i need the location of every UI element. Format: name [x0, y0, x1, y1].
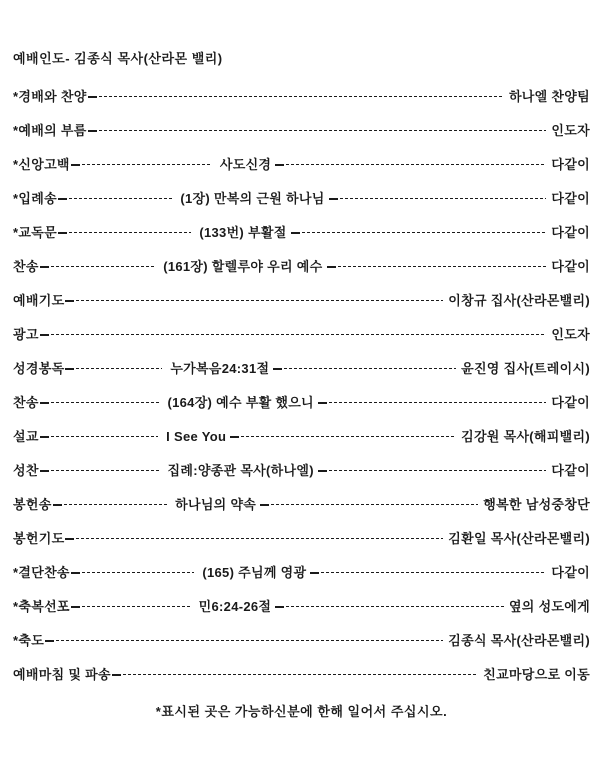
service-item-row: 성경봉독 누가복음24:31절 윤진영 집사(트레이시): [13, 361, 590, 375]
dash-leader: [112, 668, 478, 681]
dash-leader: [329, 192, 547, 205]
service-item-row: 찬송 (164장) 예수 부활 했으니 다같이: [13, 395, 590, 409]
item-person: 다같이: [551, 464, 590, 477]
service-item-row: *신앙고백 사도신경 다같이: [13, 157, 590, 171]
em-dash: [65, 300, 74, 302]
em-dash: [71, 164, 80, 166]
item-detail: (165) 주님께 영광: [202, 566, 306, 579]
item-title: 찬송: [13, 260, 39, 273]
item-detail: I See You: [166, 430, 226, 443]
service-item-row: *결단찬송 (165) 주님께 영광 다같이: [13, 565, 590, 579]
em-dash: [329, 198, 338, 200]
em-dash: [40, 334, 49, 336]
dotted-leader: [56, 640, 443, 642]
item-detail: (164장) 예수 부활 했으니: [167, 396, 313, 409]
item-person: 김강원 목사(해피밸리): [461, 430, 590, 443]
dotted-leader: [69, 198, 172, 200]
em-dash: [327, 266, 336, 268]
item-title: 예배마침 및 파송: [13, 668, 111, 681]
dash-leader: [88, 124, 547, 137]
item-title: *입례송: [13, 192, 57, 205]
item-person: 김환일 목사(산라몬밸리): [448, 532, 590, 545]
dotted-leader: [82, 164, 212, 166]
item-detail: (1장) 만복의 근원 하나님: [180, 192, 324, 205]
em-dash: [273, 368, 282, 370]
item-person: 다같이: [551, 158, 590, 171]
service-item-row: 찬송 (161장) 할렐루야 우리 예수 다같이: [13, 259, 590, 273]
item-title: *교독문: [13, 226, 57, 239]
em-dash: [65, 538, 74, 540]
dash-leader: [88, 90, 504, 103]
dotted-leader: [51, 402, 160, 404]
footnote: *표시된 곳은 가능하신분에 한해 일어서 주십시오.: [13, 701, 590, 720]
item-title: 봉헌송: [13, 498, 52, 511]
dash-leader: [45, 634, 443, 647]
dash-leader: [260, 498, 478, 511]
item-title: *축복선포: [13, 600, 70, 613]
em-dash: [88, 96, 97, 98]
dash-leader: [40, 430, 158, 443]
item-detail: 누가복음24:31절: [170, 362, 269, 375]
em-dash: [230, 436, 239, 438]
dotted-leader: [284, 368, 456, 370]
service-item-row: *경배와 찬양 하나엘 찬양팀: [13, 89, 590, 103]
worship-bulletin-page: 예배인도- 김종식 목사(산라몬 밸리) *경배와 찬양 하나엘 찬양팀 *예배…: [13, 48, 590, 720]
dotted-leader: [51, 266, 155, 268]
item-person: 인도자: [551, 328, 590, 341]
dash-leader: [58, 192, 172, 205]
dash-leader: [53, 498, 168, 511]
dotted-leader: [82, 572, 195, 574]
dotted-leader: [51, 470, 160, 472]
em-dash: [40, 402, 49, 404]
item-title: 성찬: [13, 464, 39, 477]
item-person: 인도자: [551, 124, 590, 137]
dash-leader: [71, 566, 195, 579]
dotted-leader: [82, 606, 191, 608]
em-dash: [88, 130, 97, 132]
service-item-row: *교독문 (133번) 부활절 다같이: [13, 225, 590, 239]
dash-leader: [71, 158, 212, 171]
dotted-leader: [123, 674, 478, 676]
dash-leader: [327, 260, 547, 273]
dotted-leader: [329, 402, 547, 404]
service-item-row: 봉헌송 하나님의 약속 행복한 남성중창단: [13, 497, 590, 511]
item-person: 다같이: [551, 226, 590, 239]
item-title: *경배와 찬양: [13, 90, 87, 103]
service-item-row: 예배마침 및 파송 친교마당으로 이동: [13, 667, 590, 681]
em-dash: [275, 164, 284, 166]
em-dash: [318, 470, 327, 472]
dash-leader: [273, 362, 456, 375]
item-person: 행복한 남성중창단: [483, 498, 590, 511]
em-dash: [40, 436, 49, 438]
dotted-leader: [51, 334, 547, 336]
item-title: *예배의 부름: [13, 124, 87, 137]
dotted-leader: [241, 436, 456, 438]
em-dash: [58, 198, 67, 200]
dash-leader: [310, 566, 546, 579]
service-item-row: *예배의 부름 인도자: [13, 123, 590, 137]
dash-leader: [275, 158, 546, 171]
em-dash: [58, 232, 67, 234]
service-item-row: *축도 김종식 목사(산라몬밸리): [13, 633, 590, 647]
item-title: 예배기도: [13, 294, 64, 307]
item-person: 하나엘 찬양팀: [509, 90, 590, 103]
dash-leader: [318, 396, 547, 409]
service-item-row: *축복선포 민6:24-26절 옆의 성도에게: [13, 599, 590, 613]
dash-leader: [65, 362, 162, 375]
dotted-leader: [69, 232, 191, 234]
item-title: *결단찬송: [13, 566, 70, 579]
em-dash: [318, 402, 327, 404]
item-title: 설교: [13, 430, 39, 443]
dash-leader: [291, 226, 547, 239]
item-person: 친교마당으로 이동: [483, 668, 590, 681]
item-detail: 민6:24-26절: [199, 600, 272, 613]
em-dash: [260, 504, 269, 506]
item-person: 이창규 집사(산라몬밸리): [448, 294, 590, 307]
item-title: 성경봉독: [13, 362, 64, 375]
em-dash: [53, 504, 62, 506]
item-person: 다같이: [551, 260, 590, 273]
dash-leader: [40, 464, 160, 477]
dotted-leader: [302, 232, 547, 234]
dotted-leader: [64, 504, 168, 506]
item-title: 찬송: [13, 396, 39, 409]
dash-leader: [275, 600, 504, 613]
item-person: 다같이: [551, 396, 590, 409]
dotted-leader: [286, 606, 504, 608]
item-title: *축도: [13, 634, 44, 647]
service-item-row: 광고 인도자: [13, 327, 590, 341]
em-dash: [71, 572, 80, 574]
dash-leader: [71, 600, 191, 613]
dash-leader: [65, 294, 443, 307]
dotted-leader: [76, 538, 443, 540]
item-title: *신앙고백: [13, 158, 70, 171]
em-dash: [291, 232, 300, 234]
item-title: 광고: [13, 328, 39, 341]
service-item-row: 성찬 집례:양종관 목사(하나엘) 다같이: [13, 463, 590, 477]
dotted-leader: [338, 266, 547, 268]
em-dash: [45, 640, 54, 642]
dotted-leader: [321, 572, 546, 574]
service-item-row: 봉헌기도 김환일 목사(산라몬밸리): [13, 531, 590, 545]
item-person: 옆의 성도에게: [509, 600, 590, 613]
item-title: 봉헌기도: [13, 532, 64, 545]
item-person: 다같이: [551, 566, 590, 579]
service-item-row: 설교 I See You 김강원 목사(해피밸리): [13, 429, 590, 443]
dotted-leader: [76, 368, 162, 370]
service-item-row: *입례송 (1장) 만복의 근원 하나님 다같이: [13, 191, 590, 205]
dash-leader: [58, 226, 191, 239]
dash-leader: [40, 396, 160, 409]
dash-leader: [65, 532, 443, 545]
service-item-row: 예배기도 이창규 집사(산라몬밸리): [13, 293, 590, 307]
item-detail: (133번) 부활절: [199, 226, 286, 239]
dotted-leader: [76, 300, 443, 302]
dotted-leader: [99, 96, 504, 98]
dotted-leader: [286, 164, 546, 166]
em-dash: [275, 606, 284, 608]
dash-leader: [40, 328, 547, 341]
em-dash: [310, 572, 319, 574]
dotted-leader: [340, 198, 547, 200]
dotted-leader: [51, 436, 158, 438]
em-dash: [40, 266, 49, 268]
item-detail: (161장) 할렐루야 우리 예수: [163, 260, 322, 273]
dotted-leader: [271, 504, 478, 506]
dash-leader: [318, 464, 547, 477]
service-order-list: *경배와 찬양 하나엘 찬양팀 *예배의 부름 인도자 *신앙고백 사도신경 다…: [13, 89, 590, 681]
item-person: 김종식 목사(산라몬밸리): [448, 634, 590, 647]
page-title: 예배인도- 김종식 목사(산라몬 밸리): [13, 48, 590, 67]
dash-leader: [40, 260, 155, 273]
em-dash: [40, 470, 49, 472]
em-dash: [65, 368, 74, 370]
item-detail: 하나님의 약속: [175, 498, 256, 511]
dash-leader: [230, 430, 456, 443]
item-person: 다같이: [551, 192, 590, 205]
item-person: 윤진영 집사(트레이시): [461, 362, 590, 375]
item-detail: 집례:양종관 목사(하나엘): [167, 464, 313, 477]
item-detail: 사도신경: [220, 158, 271, 171]
dotted-leader: [329, 470, 547, 472]
dotted-leader: [99, 130, 547, 132]
em-dash: [112, 674, 121, 676]
em-dash: [71, 606, 80, 608]
